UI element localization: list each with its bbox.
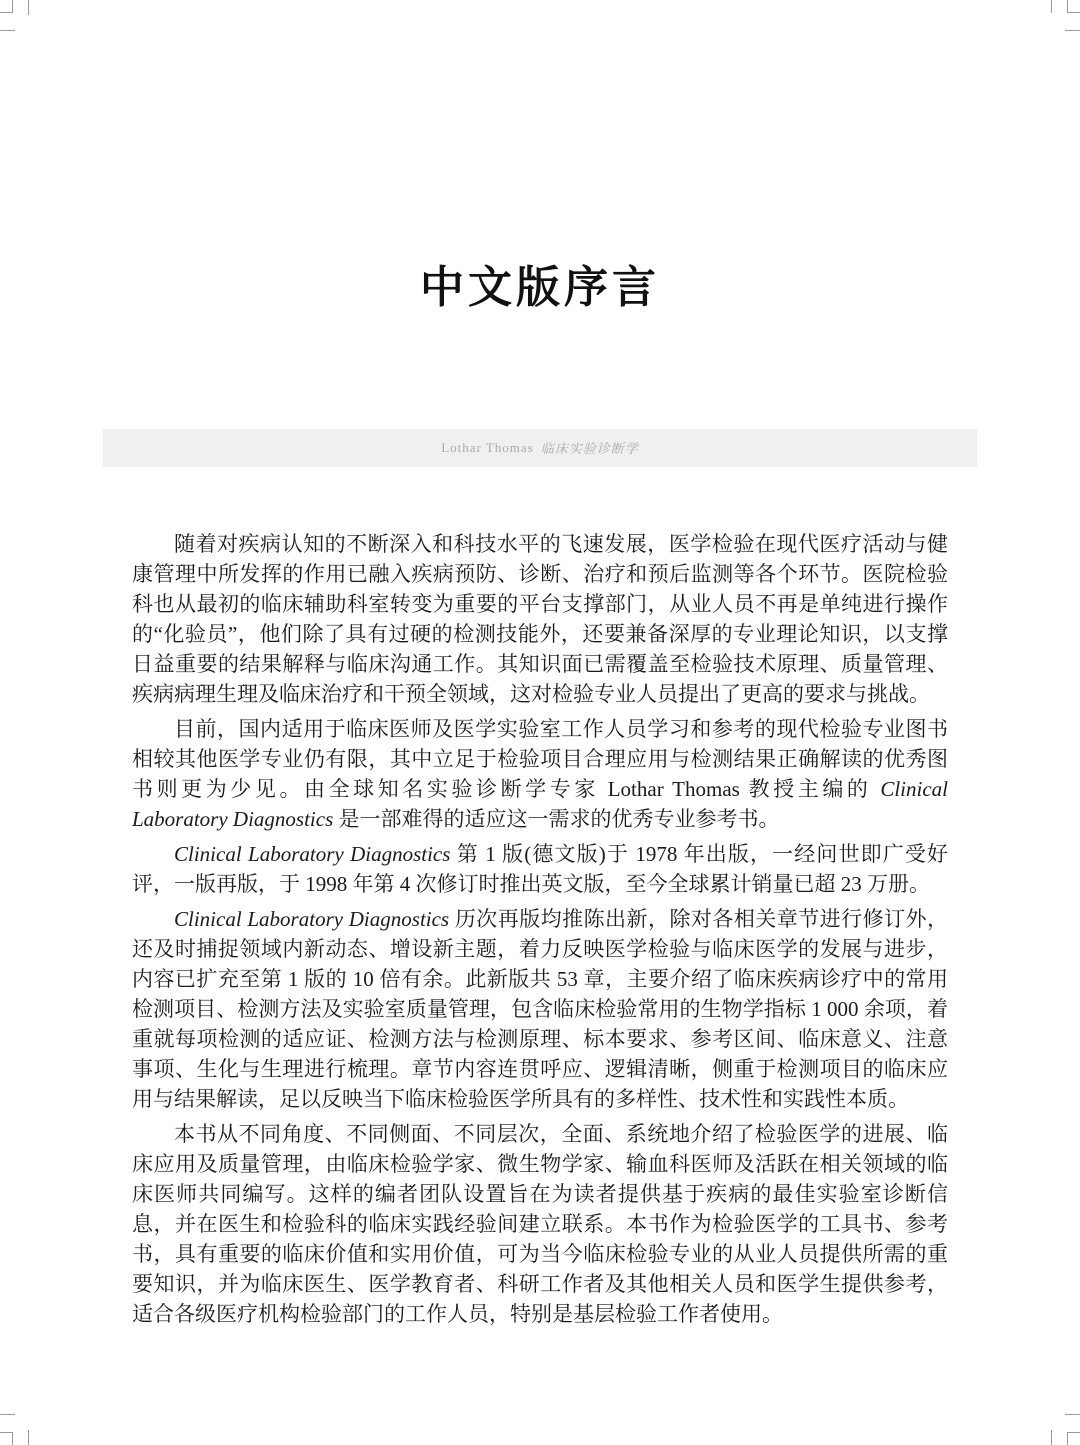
crop-mark-bottom-left [0, 1414, 15, 1415]
crop-mark-top-right [1065, 30, 1080, 31]
crop-mark-bottom-right [1065, 1414, 1080, 1415]
paragraph: Clinical Laboratory Diagnostics 第 1 版(德文… [132, 839, 948, 899]
crop-mark-top-right [1067, 12, 1080, 13]
crop-mark-bottom-left [12, 1433, 13, 1445]
crop-mark-top-right [1067, 0, 1068, 13]
body-text: 随着对疾病认知的不断深入和科技水平的飞速发展，医学检验在现代医疗活动与健康管理中… [132, 529, 948, 1329]
crop-mark-bottom-left [28, 1430, 29, 1445]
crop-mark-bottom-left [0, 1432, 13, 1433]
italic-book-title-run: Clinical Laboratory Diagnostics [174, 907, 449, 931]
text-run: 目前，国内适用于临床医师及医学实验室工作人员学习和参考的现代检验专业图书相较其他… [132, 717, 948, 801]
paragraph: 随着对疾病认知的不断深入和科技水平的飞速发展，医学检验在现代医疗活动与健康管理中… [132, 529, 948, 709]
page-title: 中文版序言 [0, 0, 1080, 315]
running-header-band: Lothar Thomas 临床实验诊断学 [103, 429, 977, 467]
paragraph: 本书从不同角度、不同侧面、不同层次，全面、系统地介绍了检验医学的进展、临床应用及… [132, 1119, 948, 1329]
italic-book-title-run: Clinical Laboratory Diagnostics [174, 842, 450, 866]
running-header-latin: Lothar Thomas [441, 440, 534, 456]
crop-mark-bottom-right [1067, 1433, 1068, 1445]
text-run: 是一部难得的适应这一需求的优秀专业参考书。 [333, 807, 779, 831]
crop-mark-top-left [0, 12, 13, 13]
book-page: 中文版序言 Lothar Thomas 临床实验诊断学 随着对疾病认知的不断深入… [0, 0, 1080, 1445]
text-run: 历次再版均推陈出新，除对各相关章节进行修订外，还及时捕捉领域内新动态、增设新主题… [132, 907, 948, 1111]
crop-mark-top-left [28, 0, 29, 15]
crop-mark-bottom-right [1067, 1432, 1080, 1433]
text-run: 本书从不同角度、不同侧面、不同层次，全面、系统地介绍了检验医学的进展、临床应用及… [132, 1122, 948, 1326]
crop-mark-bottom-right [1051, 1430, 1052, 1445]
paragraph: 目前，国内适用于临床医师及医学实验室工作人员学习和参考的现代检验专业图书相较其他… [132, 714, 948, 834]
crop-mark-top-right [1051, 0, 1052, 13]
running-header-chinese: 临床实验诊断学 [541, 438, 639, 457]
text-run: 随着对疾病认知的不断深入和科技水平的飞速发展，医学检验在现代医疗活动与健康管理中… [132, 532, 948, 706]
paragraph: Clinical Laboratory Diagnostics 历次再版均推陈出… [132, 904, 948, 1114]
crop-mark-top-left [0, 30, 15, 31]
